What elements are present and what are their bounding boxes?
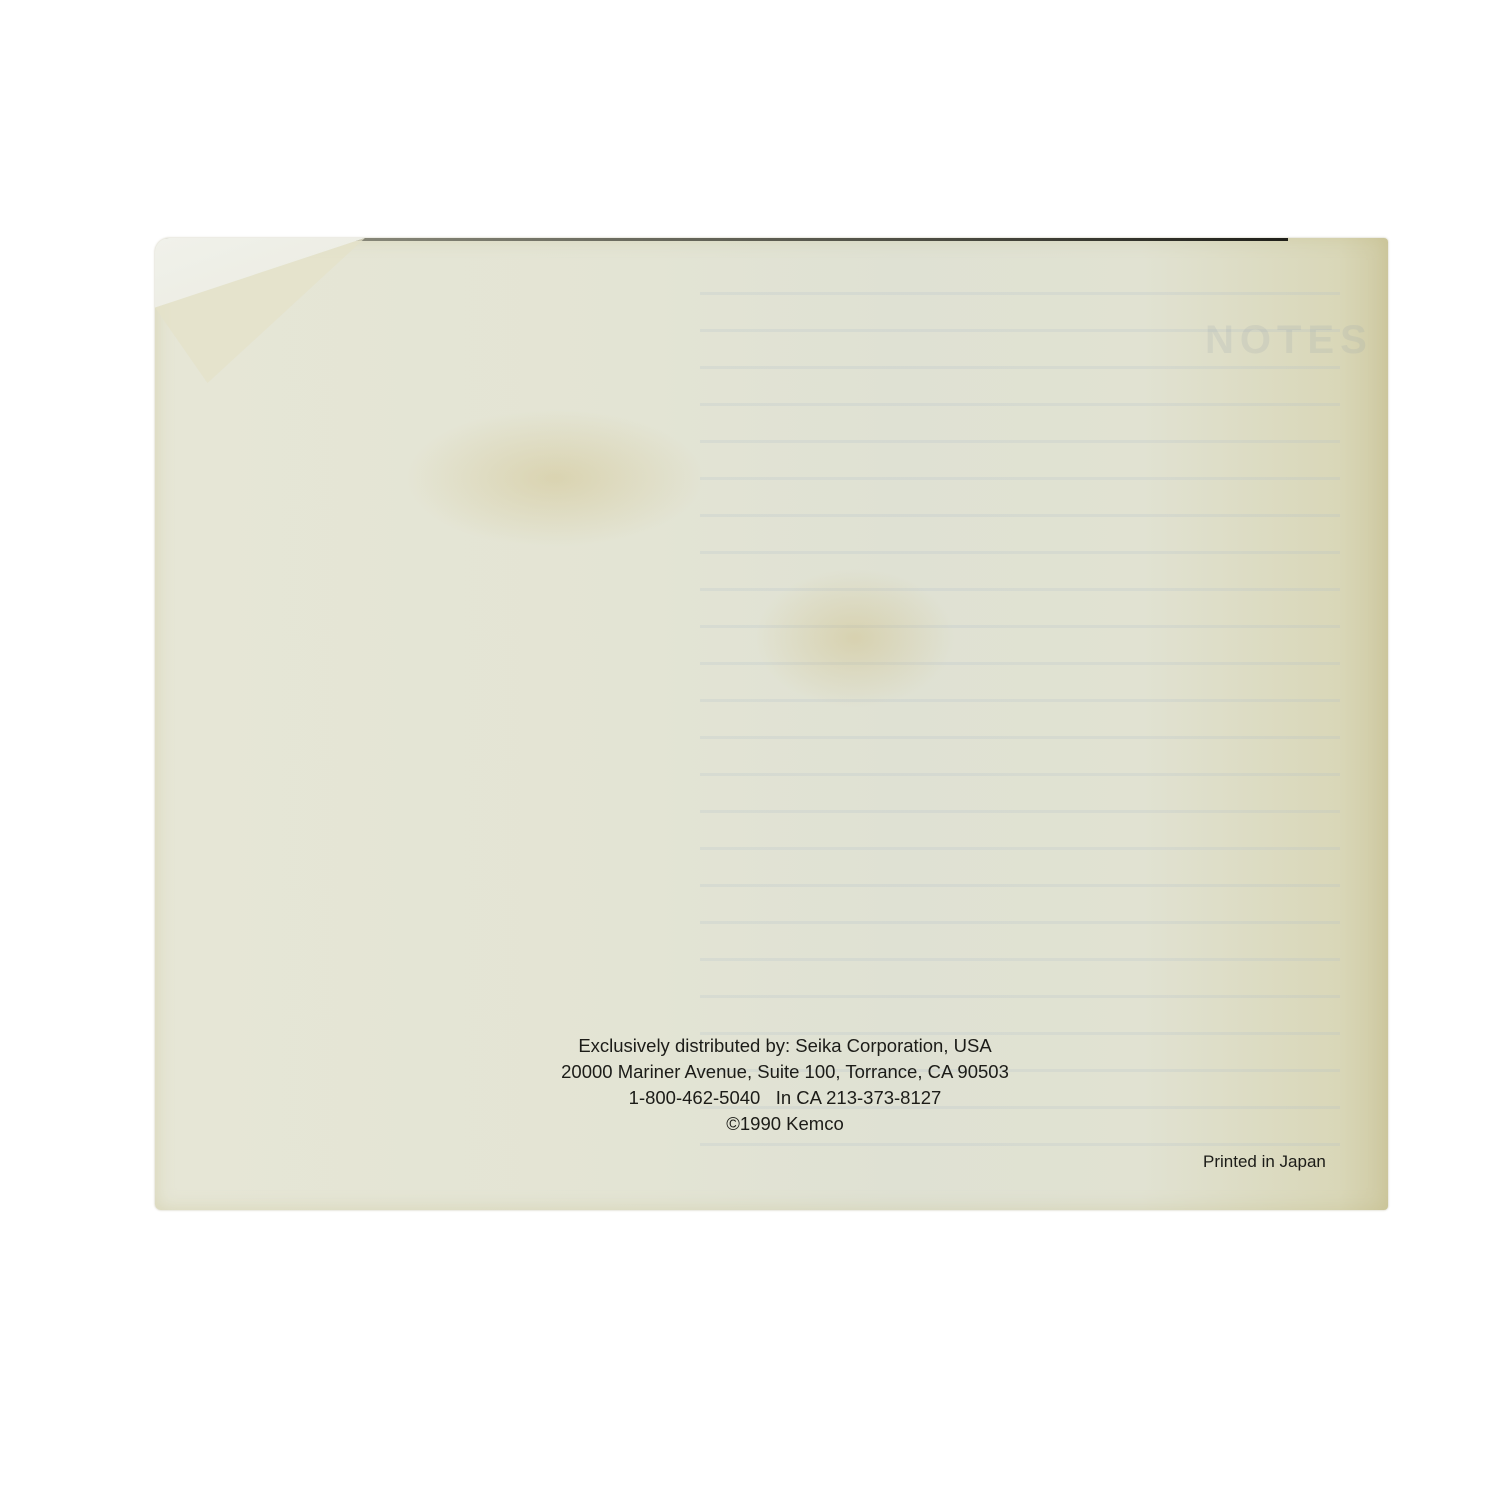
stain [405,408,705,548]
copyright-line: ©1990 Kemco [525,1111,1045,1137]
distributor-line: Exclusively distributed by: Seika Corpor… [525,1033,1045,1059]
show-through-ruled-lines [700,258,1340,1158]
distributor-imprint: Exclusively distributed by: Seika Corpor… [525,1033,1045,1137]
show-through-heading: NOTES [1205,318,1373,363]
address-line: 20000 Mariner Avenue, Suite 100, Torranc… [525,1059,1045,1085]
phone-line: 1-800-462-5040 In CA 213-373-8127 [525,1085,1045,1111]
manual-back-cover: NOTES Exclusively distributed by: Seika … [155,238,1388,1210]
stain [755,568,955,708]
printed-in-label: Printed in Japan [1203,1152,1326,1172]
